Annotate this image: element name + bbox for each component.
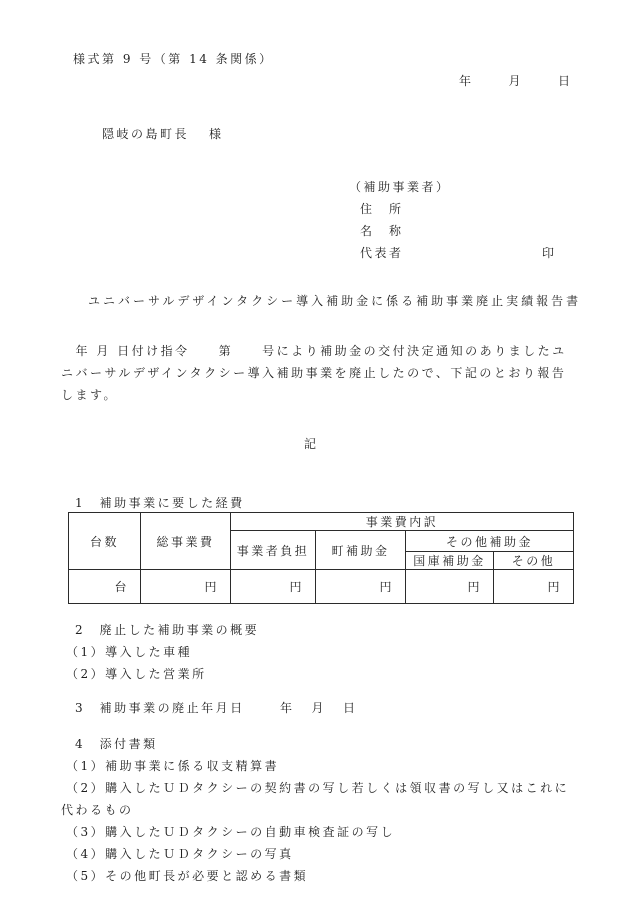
document-title: ユニバーサルデザインタクシー導入補助金に係る補助事業廃止実績報告書 — [88, 293, 581, 309]
section2-item-office: （2）導入した営業所 — [66, 666, 207, 682]
attachment-item-inspection-cert: （3）購入したＵＤタクシーの自動車検査証の写し — [66, 824, 395, 840]
section1-heading: 1 補助事業に要した経費 — [75, 495, 245, 511]
applicant-heading: （補助事業者） — [349, 179, 451, 195]
body-paragraph-line1: 年 月 日付け指令 第 号により補助金の交付決定通知のありましたユ — [61, 343, 567, 359]
body-paragraph-line2: ニバーサルデザインタクシー導入補助事業を廃止したので、下記のとおり報告 — [61, 365, 566, 381]
applicant-address-label: 住 所 — [360, 201, 404, 217]
section3-date-blanks: 年 月 日 — [280, 700, 358, 716]
addressee-name: 隠岐の島町長 — [102, 126, 189, 142]
col-header-other-subsidy: その他補助金 — [406, 531, 574, 552]
section2-item-vehicle-type: （1）導入した車種 — [66, 644, 192, 660]
addressee-line: 隠岐の島町長 様 — [102, 126, 224, 142]
col-header-operator-burden: 事業者負担 — [231, 531, 316, 570]
abolition-day-label: 日 — [343, 700, 358, 716]
table-row: 台 円 円 円 円 円 — [69, 570, 574, 604]
body-paragraph-line3: します。 — [61, 387, 118, 403]
col-header-other: その他 — [494, 552, 574, 570]
abolition-month-label: 月 — [312, 700, 327, 716]
attachment-item-settlement: （1）補助事業に係る収支精算書 — [66, 758, 279, 774]
attachment-item-contract-line2: 代わるもの — [61, 802, 134, 818]
cell-units-unit: 台 — [69, 570, 141, 604]
abolition-year-label: 年 — [280, 700, 295, 716]
col-header-town-subsidy: 町補助金 — [316, 531, 406, 570]
date-line: 年 月 日 — [459, 73, 573, 89]
form-page: 様式第 9 号（第 14 条関係） 年 月 日 隠岐の島町長 様 （補助事業者）… — [0, 0, 630, 915]
cell-operator-unit: 円 — [231, 570, 316, 604]
section4-heading: 4 添付書類 — [75, 736, 158, 752]
col-header-national-subsidy: 国庫補助金 — [406, 552, 494, 570]
date-day-label: 日 — [558, 73, 573, 89]
attachment-item-other-docs: （5）その他町長が必要と認める書類 — [66, 868, 308, 884]
section3-heading: 3 補助事業の廃止年月日 — [75, 700, 245, 716]
document-page: { "doc": { "form_no": "様式第 9 号（第 14 条関係）… — [0, 0, 630, 915]
seal-mark: 印 — [542, 245, 557, 261]
record-mark: 記 — [304, 436, 319, 452]
cell-national-unit: 円 — [406, 570, 494, 604]
cell-town-unit: 円 — [316, 570, 406, 604]
col-header-breakdown: 事業費内訳 — [231, 513, 574, 531]
section2-heading: 2 廃止した補助事業の概要 — [75, 622, 259, 638]
attachment-item-photo: （4）購入したＵＤタクシーの写真 — [66, 846, 294, 862]
date-year-label: 年 — [459, 73, 474, 89]
form-number: 様式第 9 号（第 14 条関係） — [73, 51, 274, 67]
attachment-item-contract-line1: （2）購入したＵＤタクシーの契約書の写し若しくは領収書の写し又はこれに — [66, 780, 569, 796]
applicant-name-label: 名 称 — [360, 223, 404, 239]
expense-table: 台数 総事業費 事業費内訳 事業者負担 町補助金 その他補助金 国庫補助金 その… — [68, 512, 574, 604]
cell-other-unit: 円 — [494, 570, 574, 604]
col-header-units: 台数 — [69, 513, 141, 570]
date-month-label: 月 — [509, 73, 524, 89]
cell-total-unit: 円 — [141, 570, 231, 604]
applicant-representative-label: 代表者 — [360, 245, 404, 261]
addressee-honorific: 様 — [209, 126, 224, 142]
col-header-total-cost: 総事業費 — [141, 513, 231, 570]
